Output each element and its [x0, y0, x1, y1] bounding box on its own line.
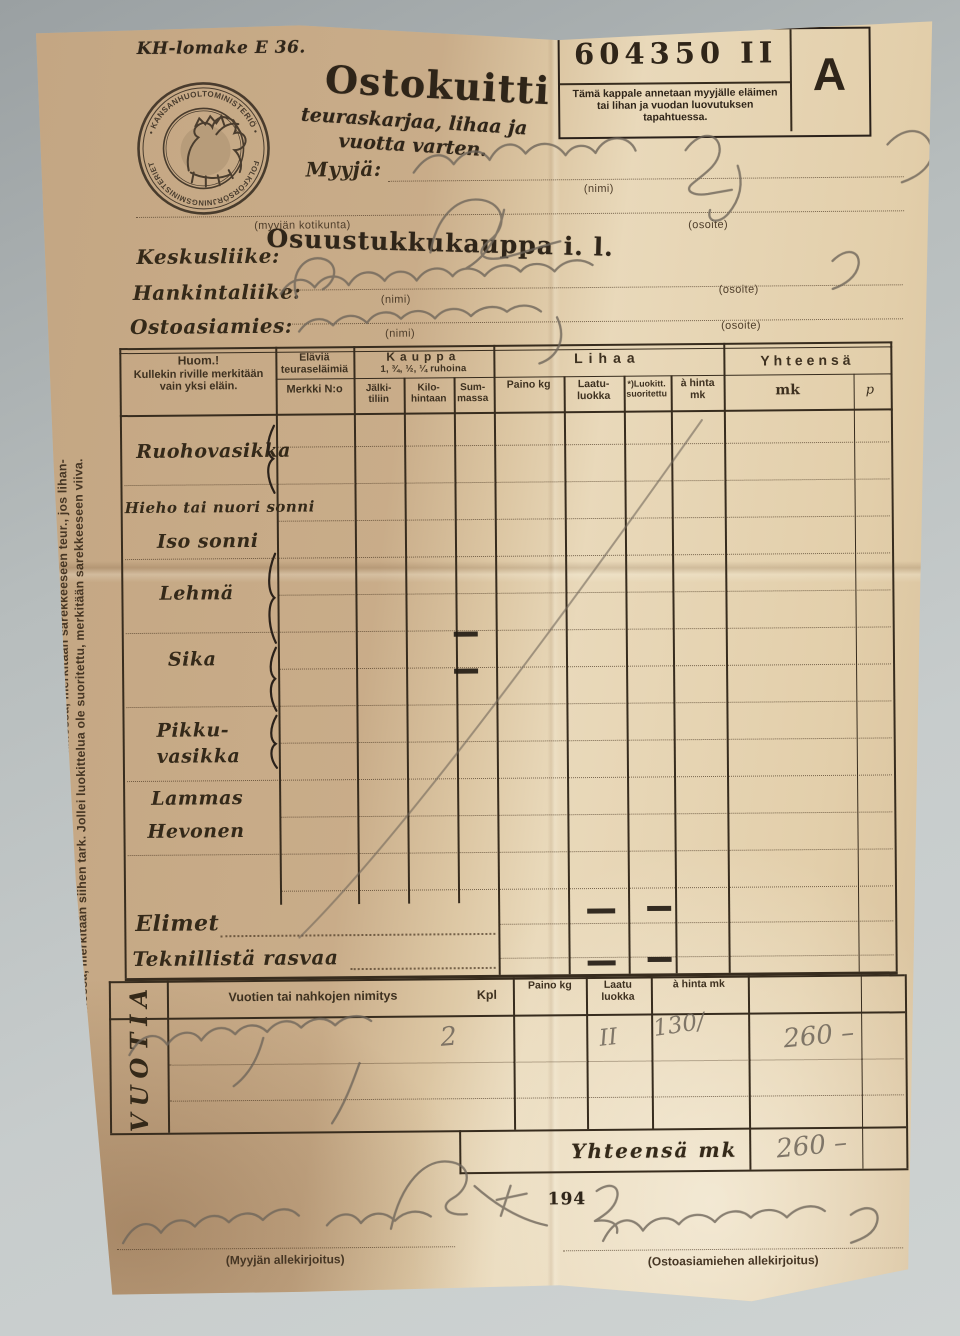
row-line	[501, 954, 894, 958]
row-line	[281, 737, 892, 743]
col-luokitt: *)Luokitt. suoritettu	[624, 379, 670, 399]
row-line	[279, 515, 890, 521]
form-subtitle: teuraskarjaa, lihaa ja vuotta varten.	[296, 104, 530, 166]
vuotia-row-line	[170, 1058, 904, 1065]
group-yhteensa: Yhteensä	[737, 353, 877, 370]
vuotia-col-paino: Paino kg	[521, 980, 579, 992]
row-line	[282, 885, 893, 891]
hankintaliike-line	[279, 284, 903, 290]
osoite-caption-2: (osoite)	[719, 284, 759, 296]
vuotia-col-laatu: Laatu luokka	[591, 980, 645, 1004]
lion-emblem	[180, 116, 246, 187]
col-mk: mk	[758, 383, 818, 399]
row-hieho: Hieho tai nuori sonni	[125, 497, 315, 517]
hw-laatuluokka: II	[598, 1024, 619, 1052]
total-box-bottom	[459, 1168, 908, 1174]
col-line-5	[493, 345, 500, 975]
col-line-8	[671, 375, 678, 973]
receipt-content: KH-lomake E 36. • KANSANHUOLTOMINISTERIÖ…	[0, 0, 960, 1336]
col-kilohintaan: Kilo- hintaan	[406, 382, 452, 405]
huom-title: Huom.!	[127, 354, 269, 369]
col-line-2	[353, 346, 359, 904]
vuotia-col-line-2	[513, 978, 516, 1130]
vuotia-col-line-1	[167, 981, 170, 1133]
row-line	[280, 663, 891, 669]
ostoasiamies-label: Ostoasiamies:	[130, 314, 293, 339]
row-lehma: Lehmä	[159, 582, 233, 605]
row-line	[278, 441, 889, 447]
nimi-caption-3: (nimi)	[385, 328, 415, 340]
footnote-line-2: tarkastamossa, merkitään siihen tark. Jo…	[70, 345, 93, 1175]
row-ruohovasikka: Ruohovasikka	[136, 440, 291, 463]
seller-signature-line	[117, 1246, 455, 1250]
col-line-6	[564, 376, 571, 974]
serial-box-line	[560, 81, 791, 85]
vuotia-nimitys-scribble	[129, 1016, 372, 1087]
row-line	[125, 552, 890, 560]
ostoasiamies-line	[289, 318, 903, 324]
ministry-seal: • KANSANHUOLTOMINISTERIÖ • FOLKFÖRSÖRJNI…	[133, 78, 274, 219]
col-line-10	[854, 374, 860, 972]
col-line-9	[723, 343, 730, 973]
col-line-1	[275, 347, 281, 905]
hw-total-value: 260 –	[775, 1128, 848, 1165]
vuotia-col-line-5	[748, 976, 751, 1170]
total-label: Yhteensä mk	[564, 1138, 744, 1164]
serial-number: 604350 II	[568, 35, 784, 71]
form-code: KH-lomake E 36.	[137, 37, 306, 58]
vuotia-col-line-4	[651, 977, 654, 1129]
keskusliike-label: Keskusliike:	[136, 244, 280, 269]
osoite-caption-1: (osoite)	[688, 219, 728, 231]
hw-kpl: 2	[439, 1022, 458, 1053]
table-right-border	[890, 341, 897, 971]
myyja-label: Myyjä:	[306, 157, 382, 182]
classification-footnote: *) Jos luokittelu on suoritettu hyväksyt…	[54, 345, 97, 1175]
col-line-3	[404, 378, 410, 904]
vuotia-right-border	[905, 974, 909, 1168]
group-kauppa-sub: 1, ¾, ½, ¼ ruhoina	[355, 364, 491, 376]
nimi-caption-1: (nimi)	[584, 183, 614, 195]
photo-of-receipt: { "form": { "code": "KH-lomake E 36.", "…	[0, 0, 960, 1336]
date-fraction-mark	[497, 1186, 527, 1216]
row-pikkuvasikka: Pikku-vasikka	[157, 718, 249, 770]
serial-note: Tämä kappale annetaan myyjälle eläimen t…	[565, 87, 785, 124]
seal-text-top: • KANSANHUOLTOMINISTERIÖ •	[146, 89, 260, 136]
row-hevonen: Hevonen	[147, 820, 244, 843]
row-line	[126, 700, 891, 708]
year-prefix: 194	[548, 1189, 587, 1209]
col-jalkitiliin: Jälki- tiliin	[358, 383, 400, 406]
agent-signature-line	[563, 1247, 903, 1251]
nimi-caption-2: (nimi)	[381, 294, 411, 306]
group-lihaa: Lihaa	[537, 350, 677, 367]
row-line	[281, 811, 892, 817]
keskusliike-value: Osuustukkukauppa i. l.	[266, 224, 614, 262]
col-summassa: Sum- massa	[452, 382, 494, 405]
col-elavia: Eläviä teuraseläimiä	[278, 352, 350, 376]
elimet-label: Elimet	[135, 910, 219, 937]
col-merkki: Merkki N:o	[286, 383, 344, 396]
col-line-7	[624, 376, 631, 974]
row-lammas: Lammas	[151, 787, 243, 810]
row-line	[124, 478, 889, 486]
myyja-name-line	[388, 176, 904, 182]
year-digit-scribble	[595, 1186, 618, 1233]
receipt-paper: KH-lomake E 36. • KANSANHUOLTOMINISTERIÖ…	[0, 0, 960, 1336]
table-header-bottom	[120, 408, 893, 417]
seal-text-bottom: FOLKFÖRSÖRJNINGSMINISTERIET	[146, 160, 261, 208]
hw-rivi-summa: 260 –	[782, 1018, 855, 1055]
vuotia-left-border	[109, 981, 112, 1133]
row-iso-sonni: Iso sonni	[157, 530, 259, 553]
row-line	[126, 626, 891, 634]
vuotia-side-label: VUOTIA	[124, 972, 153, 1142]
table-left-border	[119, 348, 126, 978]
osoite-caption-3: (osoite)	[721, 320, 761, 332]
form-title: Ostokuitti	[324, 56, 551, 113]
huom-body: Kullekin riville merkitään vain yksi elä…	[127, 368, 269, 394]
svg-text:FOLKFÖRSÖRJNINGSMINISTERIET: FOLKFÖRSÖRJNINGSMINISTERIET	[146, 160, 261, 208]
elimet-leader	[220, 933, 495, 937]
row-line	[500, 920, 893, 924]
agent-signature-caption: (Ostoasiamiehen allekirjoitus)	[603, 1254, 863, 1270]
edge-flourish	[887, 131, 932, 183]
rasvaa-leader	[351, 967, 496, 970]
col-p: p	[866, 383, 874, 398]
copy-letter: A	[792, 47, 867, 102]
col-hinta: à hinta mk	[674, 378, 722, 402]
vuotia-col-nimitys: Vuotien tai nahkojen nimitys	[183, 988, 443, 1004]
vuotia-row-line	[170, 1094, 904, 1101]
row-line	[127, 774, 892, 782]
vuotia-col-kpl: Kpl	[465, 988, 509, 1002]
col-laatu: Laatu- luokka	[568, 379, 620, 403]
vuotia-col-hinta: à hinta mk	[663, 979, 735, 991]
row-line	[128, 848, 893, 856]
hankintaliike-label: Hankintaliike:	[133, 280, 302, 305]
seller-signature-caption: (Myyjän allekirjoitus)	[185, 1253, 385, 1268]
agent-signature-scribble	[603, 1206, 878, 1245]
total-box-left	[459, 1130, 461, 1174]
svg-text:• KANSANHUOLTOMINISTERIÖ •: • KANSANHUOLTOMINISTERIÖ •	[146, 89, 260, 136]
vuotia-col-line-3	[586, 977, 589, 1129]
ink-dash-marks	[454, 632, 672, 964]
myyja-address-line	[136, 210, 904, 218]
col-paino: Paino kg	[502, 379, 556, 391]
row-line	[279, 589, 890, 595]
vuotia-header-bottom	[109, 1011, 905, 1020]
row-sika: Sika	[168, 648, 217, 670]
vuotia-col-line-6	[861, 975, 864, 1169]
rasvaa-label: Teknillistä rasvaa	[132, 945, 338, 971]
vuotia-row2-slash	[332, 1063, 361, 1123]
serial-box: 604350 II Tämä kappale annetaan myyjälle…	[557, 27, 871, 140]
col-line-4	[454, 377, 460, 903]
seller-signature-scribble	[123, 1208, 431, 1243]
